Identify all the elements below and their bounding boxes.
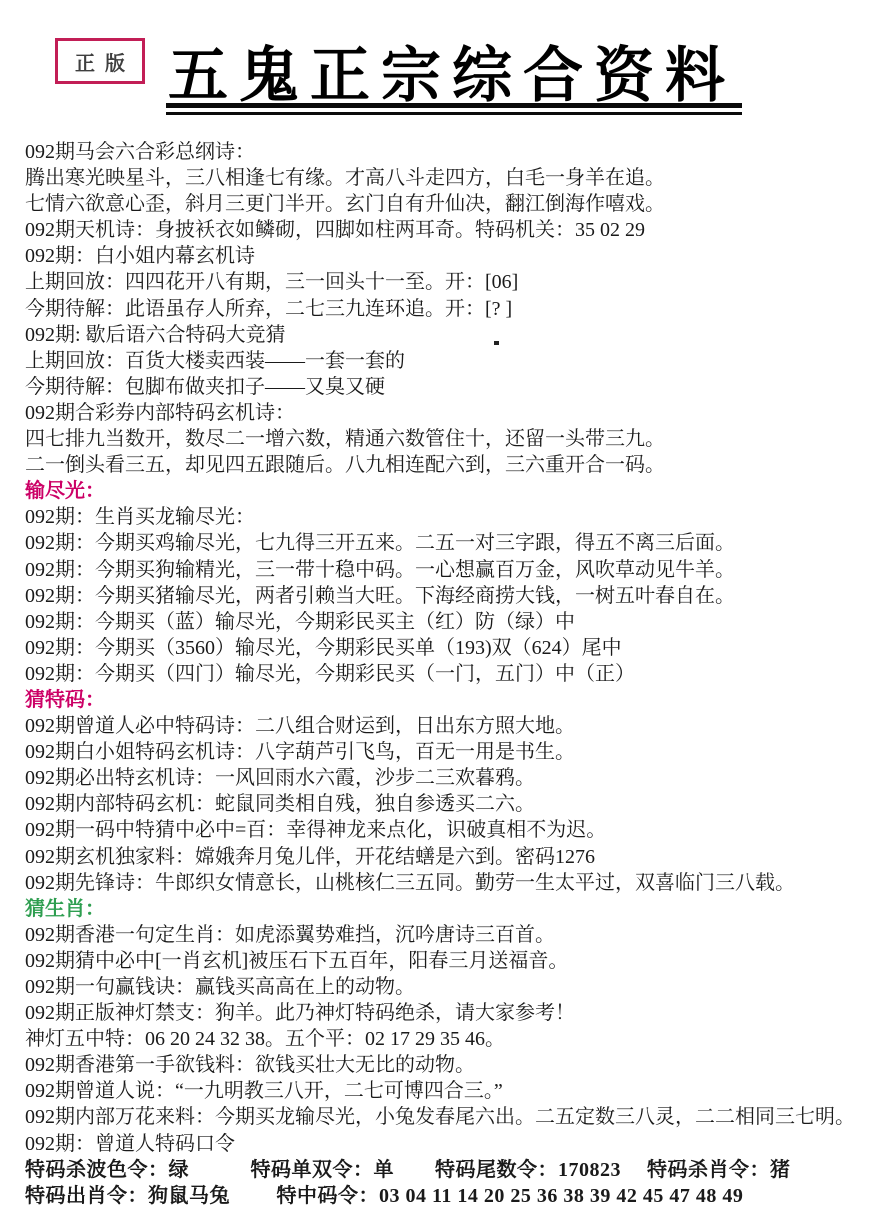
content-lines: 092期马会六合彩总纲诗：腾出寒光映星斗，三八相逢七有缘。才高八斗走四方，白毛一… bbox=[25, 139, 887, 1209]
text-line: 092期曾道人说：“一九明教三八开，二七可博四合三。” bbox=[25, 1078, 887, 1104]
text-line: 092期内部特码玄机：蛇鼠同类相自残，独自参透买二六。 bbox=[25, 791, 887, 817]
text-line: 092期：今期买（四门）输尽光，今期彩民买（一门，五门）中（正） bbox=[25, 661, 887, 687]
text-line: 猜生肖： bbox=[25, 896, 887, 922]
title-double-underline bbox=[166, 103, 742, 115]
text-line: 092期内部万花来料：今期买龙输尽光，小兔发春尾六出。二五定数三八灵，二二相同三… bbox=[25, 1104, 887, 1130]
text-line: 特码出肖令：狗鼠马兔 特中码令：03 04 11 14 20 25 36 38 … bbox=[25, 1183, 887, 1209]
text-line: 输尽光： bbox=[25, 478, 887, 504]
text-line: 092期天机诗：身披袄衣如鳞砌，四脚如柱两耳奇。特码机关：35 02 29 bbox=[25, 217, 887, 243]
text-line: 上期回放：百货大楼卖西装——一套一套的 bbox=[25, 348, 887, 374]
text-line: 特码杀波色令：绿 特码单双令：单 特码尾数令：170823 特码杀肖令：猪 bbox=[25, 1157, 887, 1183]
text-line: 092期一句赢钱诀：赢钱买高高在上的动物。 bbox=[25, 974, 887, 1000]
text-line: 092期：今期买（蓝）输尽光，今期彩民买主（红）防（绿）中 bbox=[25, 609, 887, 635]
text-line: 上期回放：四四花开八有期，三一回头十一至。开：[06] bbox=[25, 269, 887, 295]
text-line: 092期合彩券内部特码玄机诗： bbox=[25, 400, 887, 426]
text-line: 二一倒头看三五，却见四五跟随后。八九相连配六到，三六重开合一码。 bbox=[25, 452, 887, 478]
text-line: 092期白小姐特码玄机诗：八字葫芦引飞鸟，百无一用是书生。 bbox=[25, 739, 887, 765]
text-line: 092期曾道人必中特码诗：二八组合财运到，日出东方照大地。 bbox=[25, 713, 887, 739]
text-line: 092期一码中特猜中必中=百：幸得神龙来点化，识破真相不为迟。 bbox=[25, 817, 887, 843]
text-line: 092期：曾道人特码口令 bbox=[25, 1131, 887, 1157]
edition-badge: 正版 bbox=[55, 38, 145, 84]
text-line: 092期香港一句定生肖：如虎添翼势难挡，沉吟唐诗三百首。 bbox=[25, 922, 887, 948]
text-line: 092期：今期买（3560）输尽光，今期彩民买单（193)双（624）尾中 bbox=[25, 635, 887, 661]
text-line: 092期马会六合彩总纲诗： bbox=[25, 139, 887, 165]
text-line: 092期：今期买鸡输尽光，七九得三开五来。二五一对三字跟，得五不离三后面。 bbox=[25, 530, 887, 556]
text-line: 腾出寒光映星斗，三八相逢七有缘。才高八斗走四方，白毛一身羊在追。 bbox=[25, 165, 887, 191]
text-line: 092期：生肖买龙输尽光： bbox=[25, 504, 887, 530]
text-line: 猜特码： bbox=[25, 687, 887, 713]
page-title: 五鬼正宗综合资料 bbox=[168, 28, 736, 114]
text-line: 092期先锋诗：牛郎织女情意长，山桃核仁三五同。勤劳一生太平过，双喜临门三八载。 bbox=[25, 870, 887, 896]
text-line: 092期：白小姐内幕玄机诗 bbox=[25, 243, 887, 269]
text-line: 092期玄机独家料：嫦娥奔月兔儿伴，开花结蟮是六到。密码1276 bbox=[25, 844, 887, 870]
page: 正版 五鬼正宗综合资料 092期马会六合彩总纲诗：腾出寒光映星斗，三八相逢七有缘… bbox=[0, 0, 887, 1225]
text-line: 092期猜中必中[一肖玄机]被压石下五百年，阳春三月送福音。 bbox=[25, 948, 887, 974]
text-line: 092期：今期买猪输尽光，两者引赖当大旺。下海经商捞大钱，一树五叶春自在。 bbox=[25, 583, 887, 609]
text-line: 神灯五中特：06 20 24 32 38。五个平：02 17 29 35 46。 bbox=[25, 1026, 887, 1052]
text-line: 四七排九当数开，数尽二一增六数，精通六数管住十，还留一头带三九。 bbox=[25, 426, 887, 452]
text-line: 092期: 歇后语六合特码大竞猜 bbox=[25, 322, 887, 348]
text-line: 092期必出特玄机诗：一风回雨水六霞，沙步二三欢暮鸦。 bbox=[25, 765, 887, 791]
text-line: 092期正版神灯禁支：狗羊。此乃神灯特码绝杀，请大家参考！ bbox=[25, 1000, 887, 1026]
text-line: 今期待解：此语虽存人所弃，二七三九连环追。开：[? ] bbox=[25, 296, 887, 322]
text-line: 今期待解：包脚布做夹扣子——又臭又硬 bbox=[25, 374, 887, 400]
text-line: 092期：今期买狗输精光，三一带十稳中码。一心想赢百万金，风吹草动见牛羊。 bbox=[25, 557, 887, 583]
text-line: 七情六欲意心歪，斜月三更门半开。玄门自有升仙决，翻江倒海作嘻戏。 bbox=[25, 191, 887, 217]
text-line: 092期香港第一手欲钱料：欲钱买壮大无比的动物。 bbox=[25, 1052, 887, 1078]
